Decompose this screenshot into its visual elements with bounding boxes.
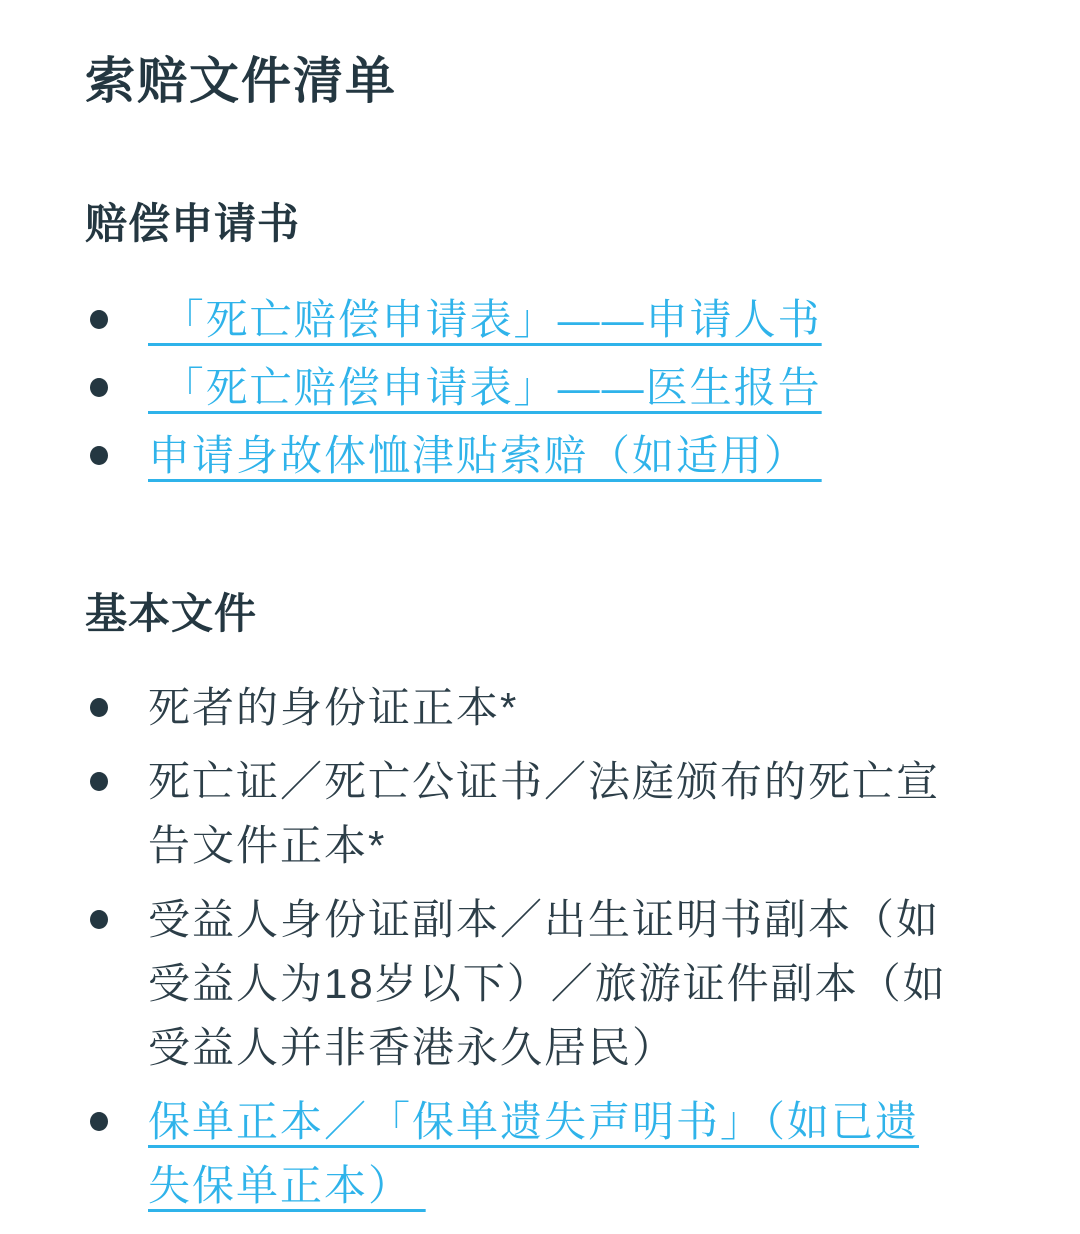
application-forms-heading: 赔偿申请书 — [85, 198, 995, 250]
deceased-id-card-item: 死者的身份证正本* — [148, 684, 518, 731]
bullet-icon — [90, 1112, 108, 1131]
beneficiary-id-documents-item: 受益人身份证副本／出生证明书副本（如受益人为18岁以下）／旅游证件副本（如受益人… — [148, 896, 947, 1071]
bereavement-grant-claim-link[interactable]: 申请身故体恤津贴索赔（如适用） — [148, 432, 822, 479]
bullet-icon — [90, 910, 108, 929]
bullet-icon — [90, 698, 108, 717]
death-claim-form-doctor-report-link[interactable]: 「死亡赔偿申请表」——医生报告 — [148, 364, 822, 411]
application-forms-list: 「死亡赔偿申请表」——申请人书 「死亡赔偿申请表」——医生报告 申请身故体恤津贴… — [85, 286, 995, 490]
page-title: 索赔文件清单 — [85, 50, 995, 112]
list-item: 死者的身份证正本* — [85, 676, 960, 740]
bullet-icon — [90, 310, 108, 329]
list-item: 受益人身份证副本／出生证明书副本（如受益人为18岁以下）／旅游证件副本（如受益人… — [85, 888, 960, 1080]
list-item: 保单正本／「保单遗失声明书」（如已遗失保单正本） — [85, 1090, 960, 1218]
basic-documents-heading: 基本文件 — [85, 588, 995, 640]
list-item: 申请身故体恤津贴索赔（如适用） — [85, 422, 960, 490]
claim-documents-page: 索赔文件清单 赔偿申请书 「死亡赔偿申请表」——申请人书 「死亡赔偿申请表」——… — [0, 0, 1080, 1218]
list-item: 「死亡赔偿申请表」——申请人书 — [85, 286, 960, 354]
death-claim-form-claimant-link[interactable]: 「死亡赔偿申请表」——申请人书 — [148, 296, 822, 343]
section-application-forms: 赔偿申请书 「死亡赔偿申请表」——申请人书 「死亡赔偿申请表」——医生报告 申请… — [85, 198, 995, 490]
section-basic-documents: 基本文件 死者的身份证正本* 死亡证／死亡公证书／法庭颁布的死亡宣告文件正本* … — [85, 588, 995, 1218]
list-item: 「死亡赔偿申请表」——医生报告 — [85, 354, 960, 422]
basic-documents-list: 死者的身份证正本* 死亡证／死亡公证书／法庭颁布的死亡宣告文件正本* 受益人身份… — [85, 676, 995, 1218]
death-certificate-item: 死亡证／死亡公证书／法庭颁布的死亡宣告文件正本* — [148, 758, 940, 869]
policy-document-link[interactable]: 保单正本／「保单遗失声明书」（如已遗失保单正本） — [148, 1098, 919, 1209]
bullet-icon — [90, 772, 108, 791]
bullet-icon — [90, 446, 108, 465]
bullet-icon — [90, 378, 108, 397]
list-item: 死亡证／死亡公证书／法庭颁布的死亡宣告文件正本* — [85, 750, 960, 878]
